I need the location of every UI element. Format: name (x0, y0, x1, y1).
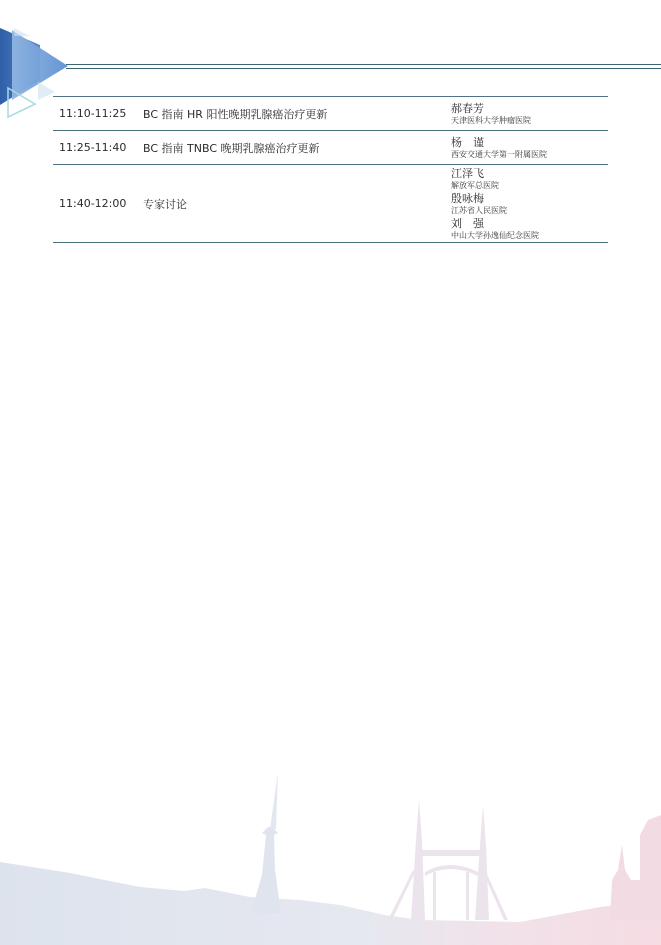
session-time: 11:25-11:40 (53, 131, 143, 165)
session-topic: BC 指南 TNBC 晚期乳腺癌治疗更新 (143, 131, 449, 165)
speaker-affiliation: 中山大学孙逸仙纪念医院 (451, 232, 608, 240)
session-speakers: 江泽飞 解放军总医院 殷咏梅 江苏省人民医院 刘 强 中山大学孙逸仙纪念医院 (449, 165, 608, 243)
session-topic: 专家讨论 (143, 165, 449, 243)
speaker: 郝春芳 天津医科大学肿瘤医院 (451, 103, 608, 125)
speaker-name: 刘 强 (451, 218, 608, 229)
speaker-affiliation: 江苏省人民医院 (451, 207, 608, 215)
session-topic: BC 指南 HR 阳性晚期乳腺癌治疗更新 (143, 97, 449, 131)
schedule-table: 11:10-11:25 BC 指南 HR 阳性晚期乳腺癌治疗更新 郝春芳 天津医… (53, 96, 608, 243)
table-row: 11:40-12:00 专家讨论 江泽飞 解放军总医院 殷咏梅 江苏省人民医院 … (53, 165, 608, 243)
session-speakers: 杨 谨 西安交通大学第一附属医院 (449, 131, 608, 165)
table-row: 11:10-11:25 BC 指南 HR 阳性晚期乳腺癌治疗更新 郝春芳 天津医… (53, 97, 608, 131)
speaker: 刘 强 中山大学孙逸仙纪念医院 (451, 218, 608, 240)
session-time: 11:10-11:25 (53, 97, 143, 131)
city-skyline-decoration (0, 760, 661, 945)
header-double-rule (66, 64, 661, 70)
table-row: 11:25-11:40 BC 指南 TNBC 晚期乳腺癌治疗更新 杨 谨 西安交… (53, 131, 608, 165)
speaker: 殷咏梅 江苏省人民医院 (451, 193, 608, 215)
speaker-affiliation: 西安交通大学第一附属医院 (451, 151, 608, 159)
speaker-name: 殷咏梅 (451, 193, 608, 204)
speaker-affiliation: 天津医科大学肿瘤医院 (451, 117, 608, 125)
session-time: 11:40-12:00 (53, 165, 143, 243)
speaker-name: 杨 谨 (451, 137, 608, 148)
speaker: 杨 谨 西安交通大学第一附属医院 (451, 137, 608, 159)
speaker-name: 江泽飞 (451, 168, 608, 179)
speaker: 江泽飞 解放军总医院 (451, 168, 608, 190)
session-speakers: 郝春芳 天津医科大学肿瘤医院 (449, 97, 608, 131)
speaker-affiliation: 解放军总医院 (451, 182, 608, 190)
speaker-name: 郝春芳 (451, 103, 608, 114)
